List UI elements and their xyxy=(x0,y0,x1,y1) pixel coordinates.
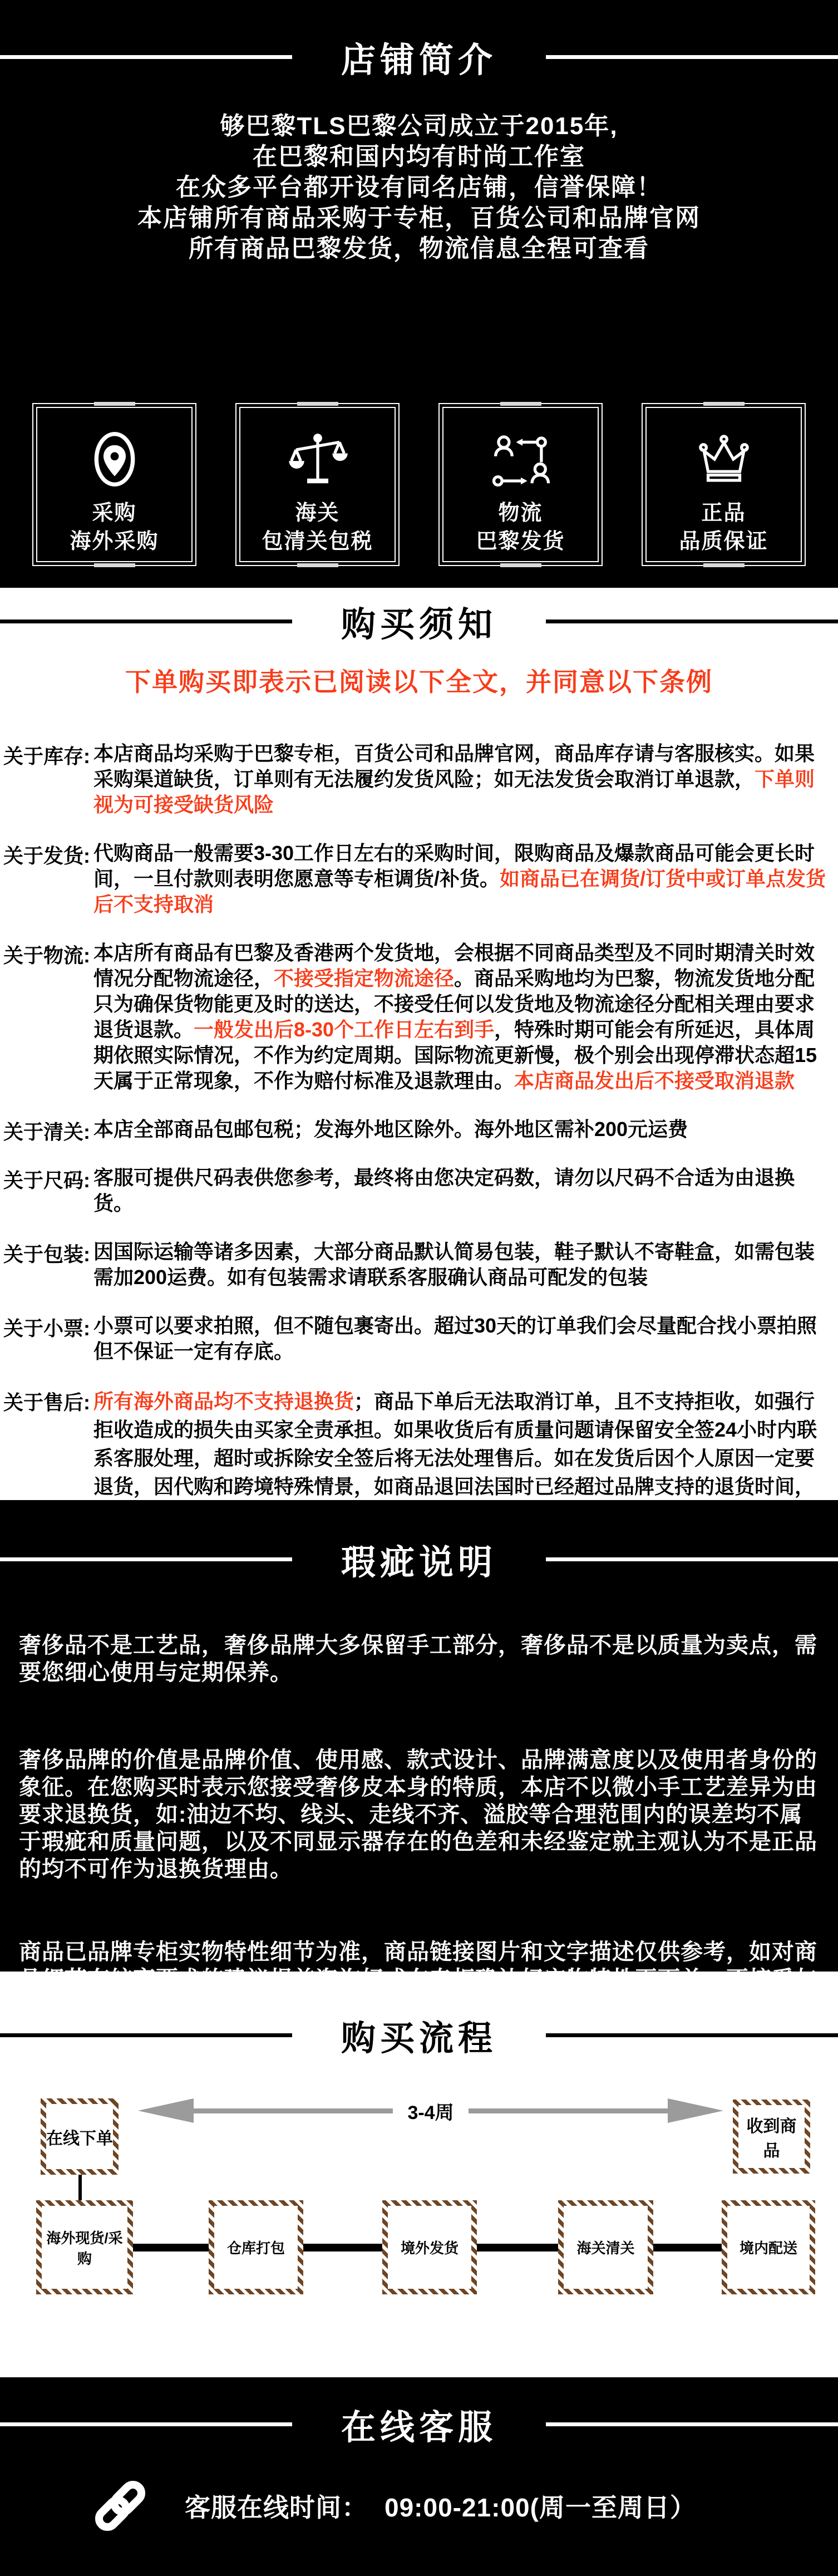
notice-label: 关于物流: xyxy=(3,940,92,969)
feature-badges: 采购 海外采购 xyxy=(0,403,838,566)
flow-box-receive: 收到商品 xyxy=(733,2100,810,2174)
defects-header: 瑕疵说明 xyxy=(0,1500,838,1584)
section-defects: 瑕疵说明 奢侈品不是工艺品，奢侈品牌大多保留手工部分，奢侈品不是以质量为卖点，需… xyxy=(0,1500,838,1972)
feature-line2: 包清关包税 xyxy=(262,528,373,556)
flow-connector xyxy=(133,2244,209,2251)
notice-highlight-red: 一般发出后8-30个工作日左右到手 xyxy=(194,1018,494,1041)
frame-tick xyxy=(500,563,541,567)
title-rule-left xyxy=(0,55,292,59)
feature-line1: 海关 xyxy=(262,499,373,528)
title-rule-right xyxy=(546,55,838,59)
duration-label: 3-4周 xyxy=(393,2097,468,2125)
notice-items: 关于库存: 本店商品均采购于巴黎专柜，百货公司和品牌官网，商品库存请与客服核实。… xyxy=(0,741,838,1557)
intro-line: 本店铺所有商品采购于专柜，百货公司和品牌官网 xyxy=(0,203,838,233)
notice-label: 关于清关: xyxy=(3,1117,92,1145)
flow-connector-vertical xyxy=(78,2175,82,2200)
notice-item-packaging: 关于包装: 因国际运输等诸多因素，大部分商品默认简易包装，鞋子默认不寄鞋盒，如需… xyxy=(3,1239,834,1290)
notice-subtitle: 下单购买即表示已阅读以下全文，并同意以下条例 xyxy=(0,662,838,699)
notice-label: 关于库存: xyxy=(3,741,92,769)
customs-scale-icon xyxy=(285,425,350,493)
feature-line1: 正品 xyxy=(679,499,768,528)
notice-content: 代购商品一般需要3-30工作日左右的采购时间，限购商品及爆款商品可能会更长时间，… xyxy=(93,842,826,916)
frame-tick xyxy=(297,402,338,406)
defects-paragraph: 奢侈品牌的价值是品牌价值、使用感、款式设计、品牌满意度以及使用者身份的象征。在您… xyxy=(19,1747,819,1883)
service-hours-value: 09:00-21:00(周一至周日） xyxy=(385,2487,696,2524)
purchase-notice-header: 购买须知 xyxy=(0,588,838,646)
section-online-service: 在线客服 客服在线时间： 09:00-21:00(周一至周日） xyxy=(0,2377,838,2576)
title-rule-right xyxy=(546,2422,838,2426)
flow-connector xyxy=(653,2244,722,2251)
feature-line2: 海外采购 xyxy=(70,528,159,556)
store-policy-page: 店铺简介 够巴黎TLS巴黎公司成立于2015年, 在巴黎和国内均有时尚工作室 在… xyxy=(0,0,838,2576)
intro-line: 在巴黎和国内均有时尚工作室 xyxy=(0,141,838,172)
defects-title: 瑕疵说明 xyxy=(341,1535,497,1584)
service-hours-label: 客服在线时间： xyxy=(185,2487,368,2524)
service-title: 在线客服 xyxy=(341,2400,497,2449)
notice-item-logistics: 关于物流: 本店所有商品有巴黎及香港两个发货地，会根据不同商品类型及不同时期清关… xyxy=(3,940,834,1094)
store-intro-header: 店铺简介 xyxy=(0,0,838,82)
notice-item-shipping: 关于发货: 代购商品一般需要3-30工作日左右的采购时间，限购商品及爆款商品可能… xyxy=(3,840,834,917)
arrow-shaft xyxy=(194,2108,393,2113)
frame-tick xyxy=(500,402,541,406)
service-hours-row: 客服在线时间： 09:00-21:00(周一至周日） xyxy=(0,2476,838,2536)
notice-text: 客服可提供尺码表供您参考，最终将由您决定码数，请勿以尺码不合适为由退换货。 xyxy=(93,1166,795,1215)
store-intro-text: 够巴黎TLS巴黎公司成立于2015年, 在巴黎和国内均有时尚工作室 在众多平台都… xyxy=(0,111,838,264)
arrowhead-right-icon xyxy=(668,2098,723,2123)
section-store-intro: 店铺简介 够巴黎TLS巴黎公司成立于2015年, 在巴黎和国内均有时尚工作室 在… xyxy=(0,0,838,588)
frame-tick xyxy=(94,402,135,406)
link-icon xyxy=(90,2476,150,2536)
notice-content: 客服可提供尺码表供您参考，最终将由您决定码数，请勿以尺码不合适为由退换货。 xyxy=(93,1166,795,1215)
feature-box-logistics: 物流 巴黎发货 xyxy=(438,403,603,566)
frame-tick xyxy=(703,402,745,406)
flow-step-domestic-delivery: 境内配送 xyxy=(722,2200,815,2294)
defects-paragraph: 奢侈品不是工艺品，奢侈品牌大多保留手工部分，奢侈品不是以质量为卖点，需要您细心使… xyxy=(19,1632,819,1687)
flow-connector xyxy=(303,2244,382,2251)
notice-highlight-red: 不接受指定物流途径 xyxy=(274,967,454,990)
logistics-route-icon xyxy=(489,425,553,493)
frame-tick xyxy=(703,563,745,567)
notice-text: 小票可以要求拍照，但不随包裹寄出。超过30天的订单我们会尽量配合找小票拍照但不保… xyxy=(93,1314,817,1363)
flow-connector xyxy=(477,2244,558,2251)
arrow-shaft xyxy=(469,2108,668,2113)
notice-content: 本店商品均采购于巴黎专柜，百货公司和品牌官网，商品库存请与客服核实。如果采购渠道… xyxy=(93,742,815,816)
process-flowchart: 3-4周 在线下单 收到商品 海外现货/采购 仓库打包 境外发货 海关清关 境内… xyxy=(0,1972,838,2377)
flow-step-warehouse-pack: 仓库打包 xyxy=(209,2200,303,2294)
feature-box-authentic: 正品 品质保证 xyxy=(642,403,806,566)
frame-tick xyxy=(94,563,135,567)
section-purchase-notice: 购买须知 下单购买即表示已阅读以下全文，并同意以下条例 关于库存: 本店商品均采… xyxy=(0,588,838,1500)
title-rule-left xyxy=(0,2422,292,2426)
title-rule-left xyxy=(0,1557,292,1561)
defects-body: 奢侈品不是工艺品，奢侈品牌大多保留手工部分，奢侈品不是以质量为卖点，需要您细心使… xyxy=(0,1632,838,2021)
feature-line2: 巴黎发货 xyxy=(476,528,565,556)
feature-box-purchase: 采购 海外采购 xyxy=(32,403,196,566)
arrowhead-left-icon xyxy=(138,2098,194,2123)
notice-item-receipt: 关于小票: 小票可以要求拍照，但不随包裹寄出。超过30天的订单我们会尽量配合找小… xyxy=(3,1313,834,1364)
notice-text: 本店商品均采购于巴黎专柜，百货公司和品牌官网，商品库存请与客服核实。如果采购渠道… xyxy=(93,742,815,790)
notice-content: 本店所有商品有巴黎及香港两个发货地，会根据不同商品类型及不同时期清关时效情况分配… xyxy=(93,941,817,1092)
notice-content: 小票可以要求拍照，但不随包裹寄出。超过30天的订单我们会尽量配合找小票拍照但不保… xyxy=(93,1314,817,1363)
title-rule-right xyxy=(546,620,838,623)
notice-text: 本店全部商品包邮包税；发海外地区除外。海外地区需补200元运费 xyxy=(93,1118,688,1140)
notice-highlight-red: 所有海外商品均不支持退换货 xyxy=(93,1390,354,1413)
flow-step-customs-clear: 海关清关 xyxy=(558,2200,653,2294)
notice-item-stock: 关于库存: 本店商品均采购于巴黎专柜，百货公司和品牌官网，商品库存请与客服核实。… xyxy=(3,741,834,818)
notice-item-sizing: 关于尺码: 客服可提供尺码表供您参考，最终将由您决定码数，请勿以尺码不合适为由退… xyxy=(3,1165,834,1216)
frame-tick xyxy=(297,563,338,567)
feature-line1: 物流 xyxy=(476,499,565,528)
notice-item-customs: 关于清关: 本店全部商品包邮包税；发海外地区除外。海外地区需补200元运费 xyxy=(3,1117,834,1142)
notice-content: 本店全部商品包邮包税；发海外地区除外。海外地区需补200元运费 xyxy=(93,1118,688,1140)
notice-text: 因国际运输等诸多因素，大部分商品默认简易包装，鞋子默认不寄鞋盒，如需包装需加20… xyxy=(93,1240,815,1289)
notice-label: 关于包装: xyxy=(3,1239,92,1267)
location-pin-icon xyxy=(82,425,147,493)
flow-step-overseas-ship: 境外发货 xyxy=(382,2200,477,2294)
title-rule-right xyxy=(546,1557,838,1561)
notice-content: 因国际运输等诸多因素，大部分商品默认简易包装，鞋子默认不寄鞋盒，如需包装需加20… xyxy=(93,1240,815,1289)
notice-label: 关于小票: xyxy=(3,1313,92,1341)
store-intro-title: 店铺简介 xyxy=(341,32,497,82)
section-purchase-process: 购买流程 3-4周 在线下单 收到商品 海外现货/采购 仓库打包 境外发货 海关… xyxy=(0,1972,838,2377)
feature-box-customs: 海关 包清关包税 xyxy=(235,403,400,566)
notice-label: 关于尺码: xyxy=(3,1165,92,1193)
feature-line1: 采购 xyxy=(70,499,159,528)
notice-highlight-red: 本店商品发出后不接受取消退款 xyxy=(514,1069,795,1092)
crown-icon xyxy=(692,425,756,493)
title-rule-left xyxy=(0,620,292,623)
intro-line: 所有商品巴黎发货，物流信息全程可查看 xyxy=(0,233,838,264)
duration-arrow: 3-4周 xyxy=(138,2098,723,2123)
flow-box-order: 在线下单 xyxy=(41,2098,119,2175)
service-header: 在线客服 xyxy=(0,2377,838,2449)
intro-line: 在众多平台都开设有同名店铺，信誉保障！ xyxy=(0,172,838,203)
feature-line2: 品质保证 xyxy=(679,528,768,556)
intro-line: 够巴黎TLS巴黎公司成立于2015年, xyxy=(0,111,838,141)
notice-label: 关于售后: xyxy=(3,1387,92,1415)
purchase-notice-title: 购买须知 xyxy=(341,597,497,646)
notice-label: 关于发货: xyxy=(3,840,92,869)
flow-step-overseas-stock: 海外现货/采购 xyxy=(36,2200,133,2294)
